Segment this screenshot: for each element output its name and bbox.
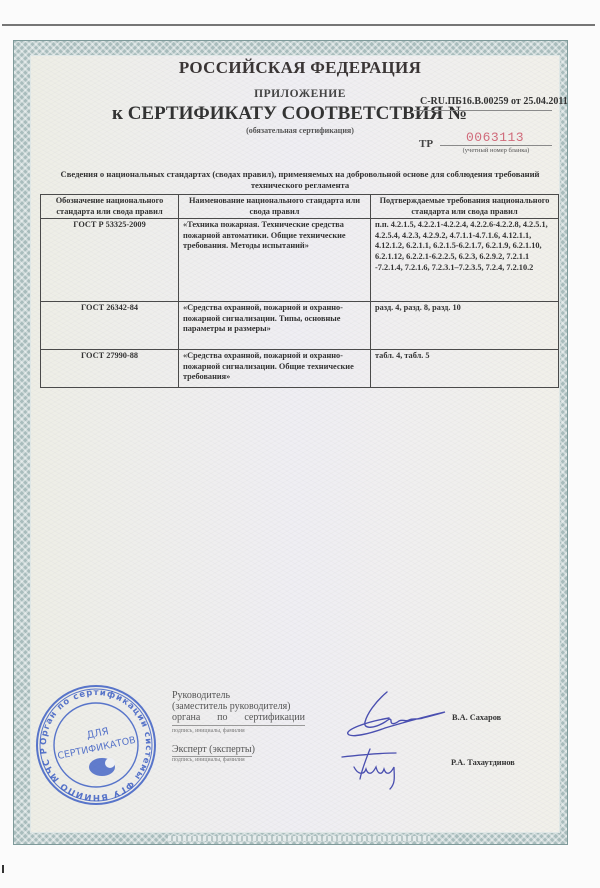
standard-designation: ГОСТ Р 53325-2009 bbox=[41, 219, 179, 302]
head-role-line3: органа по сертификации bbox=[172, 712, 305, 723]
head-signature-caption: подпись, инициалы, фамилия bbox=[172, 726, 305, 737]
head-role-label: Руководитель (заместитель руководителя) … bbox=[172, 690, 305, 737]
table-header-row: Обозначение национального стандарта или … bbox=[41, 195, 559, 219]
expert-signature-icon bbox=[340, 745, 415, 793]
standards-table: Обозначение национального стандарта или … bbox=[40, 194, 559, 388]
country-heading: РОССИЙСКАЯ ФЕДЕРАЦИЯ bbox=[0, 58, 600, 78]
standard-requirements: табл. 4, табл. 5 bbox=[371, 350, 559, 388]
standard-requirements: разд. 4, разд. 8, разд. 10 bbox=[371, 302, 559, 350]
expert-signature-line bbox=[172, 756, 252, 757]
head-role-line2: (заместитель руководителя) bbox=[172, 701, 305, 712]
standard-name: «Средства охранной, пожарной и охранно-п… bbox=[179, 350, 371, 388]
table-row: ГОСТ Р 53325-2009 «Техника пожарная. Тех… bbox=[41, 219, 559, 302]
microprint-footer-line bbox=[168, 836, 430, 841]
column-header-requirements: Подтверждаемые требования национального … bbox=[371, 195, 559, 219]
standard-designation: ГОСТ 26342-84 bbox=[41, 302, 179, 350]
standards-intro-text: Сведения о национальных стандартах (свод… bbox=[40, 169, 560, 191]
scan-page-edge bbox=[2, 24, 595, 26]
certification-stamp-icon: Орган по сертификации системы ФГУ ВНИИПО… bbox=[34, 683, 158, 807]
expert-role-text: Эксперт (эксперты) bbox=[172, 744, 255, 755]
expert-name: Р.А. Тахаутдинов bbox=[451, 758, 515, 767]
head-signature-icon bbox=[345, 688, 450, 748]
certificate-title: к СЕРТИФИКАТУ СООТВЕТСТВИЯ № bbox=[112, 103, 467, 125]
blank-number-underline bbox=[440, 145, 552, 146]
table-row: ГОСТ 27990-88 «Средства охранной, пожарн… bbox=[41, 350, 559, 388]
head-role-line1: Руководитель bbox=[172, 690, 305, 701]
head-signature-line bbox=[172, 725, 305, 726]
blank-number-caption: (учетный номер бланка) bbox=[440, 147, 552, 154]
annex-heading: ПРИЛОЖЕНИЕ bbox=[160, 88, 440, 100]
certification-type: (обязательная сертификация) bbox=[200, 126, 400, 135]
column-header-name: Наименование национального стандарта или… bbox=[179, 195, 371, 219]
tp-label: ТР bbox=[419, 138, 433, 150]
standard-requirements: п.п. 4.2.1.5, 4.2.2.1-4.2.2.4, 4.2.2.6-4… bbox=[371, 219, 559, 302]
blank-number: 0063113 bbox=[466, 130, 524, 145]
column-header-designation: Обозначение национального стандарта или … bbox=[41, 195, 179, 219]
table-row: ГОСТ 26342-84 «Средства охранной, пожарн… bbox=[41, 302, 559, 350]
head-name: В.А. Сахаров bbox=[452, 713, 501, 722]
certificate-number-underline bbox=[414, 110, 552, 111]
expert-role-label: Эксперт (эксперты) подпись, инициалы, фа… bbox=[172, 744, 255, 763]
standard-name: «Средства охранной, пожарной и охранно-п… bbox=[179, 302, 371, 350]
scan-edge-mark bbox=[2, 865, 4, 873]
standard-designation: ГОСТ 27990-88 bbox=[41, 350, 179, 388]
expert-signature-caption: подпись, инициалы, фамилия bbox=[172, 757, 255, 763]
certificate-number: C-RU.ПБ16.В.00259 от 25.04.2011 bbox=[420, 96, 568, 107]
standard-name: «Техника пожарная. Технические средства … bbox=[179, 219, 371, 302]
stamp-center-line1: ДЛЯ bbox=[86, 726, 110, 741]
